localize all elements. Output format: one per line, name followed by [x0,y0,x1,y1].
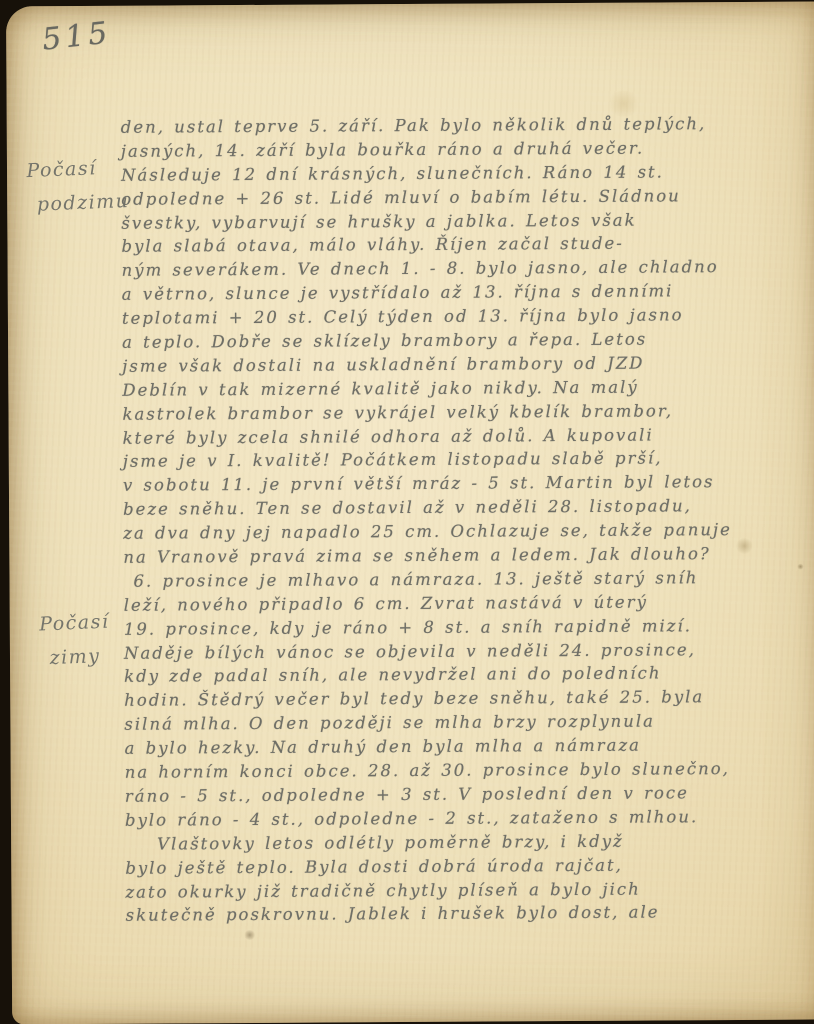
scanned-page-photo: 515 Počasí podzimu Počasí zimy den, usta… [0,0,814,1024]
margin-note-line: Počasí [39,605,111,642]
margin-note-winter: Počasí zimy [39,605,112,676]
handwritten-line: na horním konci obce. 28. až 30. prosinc… [125,757,814,785]
handwritten-line: ným severákem. Ve dnech 1. - 8. bylo jas… [122,255,814,283]
margin-note-line: zimy [40,639,112,676]
page-number: 515 [41,16,114,57]
handwritten-line: v sobotu 11. je první větší mráz - 5 st.… [123,470,814,498]
handwritten-line: na Vranově pravá zima se sněhem a ledem.… [123,542,814,570]
handwritten-text-block: den, ustal teprve 5. září. Pak bylo něko… [121,112,814,928]
margin-note-line: podzimu [27,184,130,222]
chronicle-page: 515 Počasí podzimu Počasí zimy den, usta… [6,2,814,1024]
handwritten-line: skutečně poskrovnu. Jablek i hrušek bylo… [125,900,814,928]
margin-note-autumn: Počasí podzimu [26,150,130,222]
margin-note-line: Počasí [26,150,129,188]
ink-spot [244,930,256,940]
